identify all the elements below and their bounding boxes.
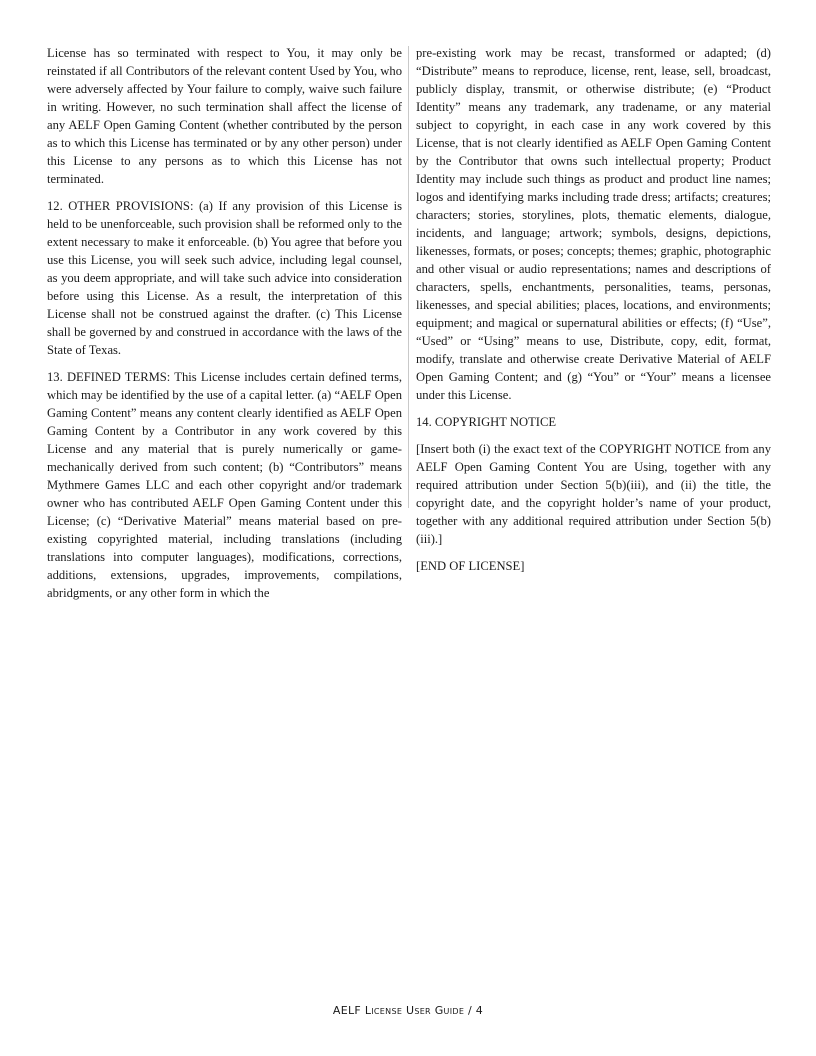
document-page: License has so terminated with respect t… bbox=[0, 0, 816, 1056]
paragraph-termination-continued: License has so terminated with respect t… bbox=[47, 44, 402, 188]
paragraph-defined-terms: 13. DEFINED TERMS: This License includes… bbox=[47, 368, 402, 602]
left-column: License has so terminated with respect t… bbox=[47, 44, 402, 611]
paragraph-end-of-license: [END OF LICENSE] bbox=[416, 557, 771, 575]
right-column: pre-existing work may be recast, transfo… bbox=[416, 44, 771, 584]
page-footer: AELF License User Guide / 4 bbox=[0, 1004, 816, 1017]
paragraph-copyright-instructions: [Insert both (i) the exact text of the C… bbox=[416, 440, 771, 548]
paragraph-other-provisions: 12. OTHER PROVISIONS: (a) If any provisi… bbox=[47, 197, 402, 359]
paragraph-defined-terms-continued: pre-existing work may be recast, transfo… bbox=[416, 44, 771, 404]
section-heading-copyright-notice: 14. COPYRIGHT NOTICE bbox=[416, 413, 771, 431]
column-divider bbox=[408, 46, 409, 508]
